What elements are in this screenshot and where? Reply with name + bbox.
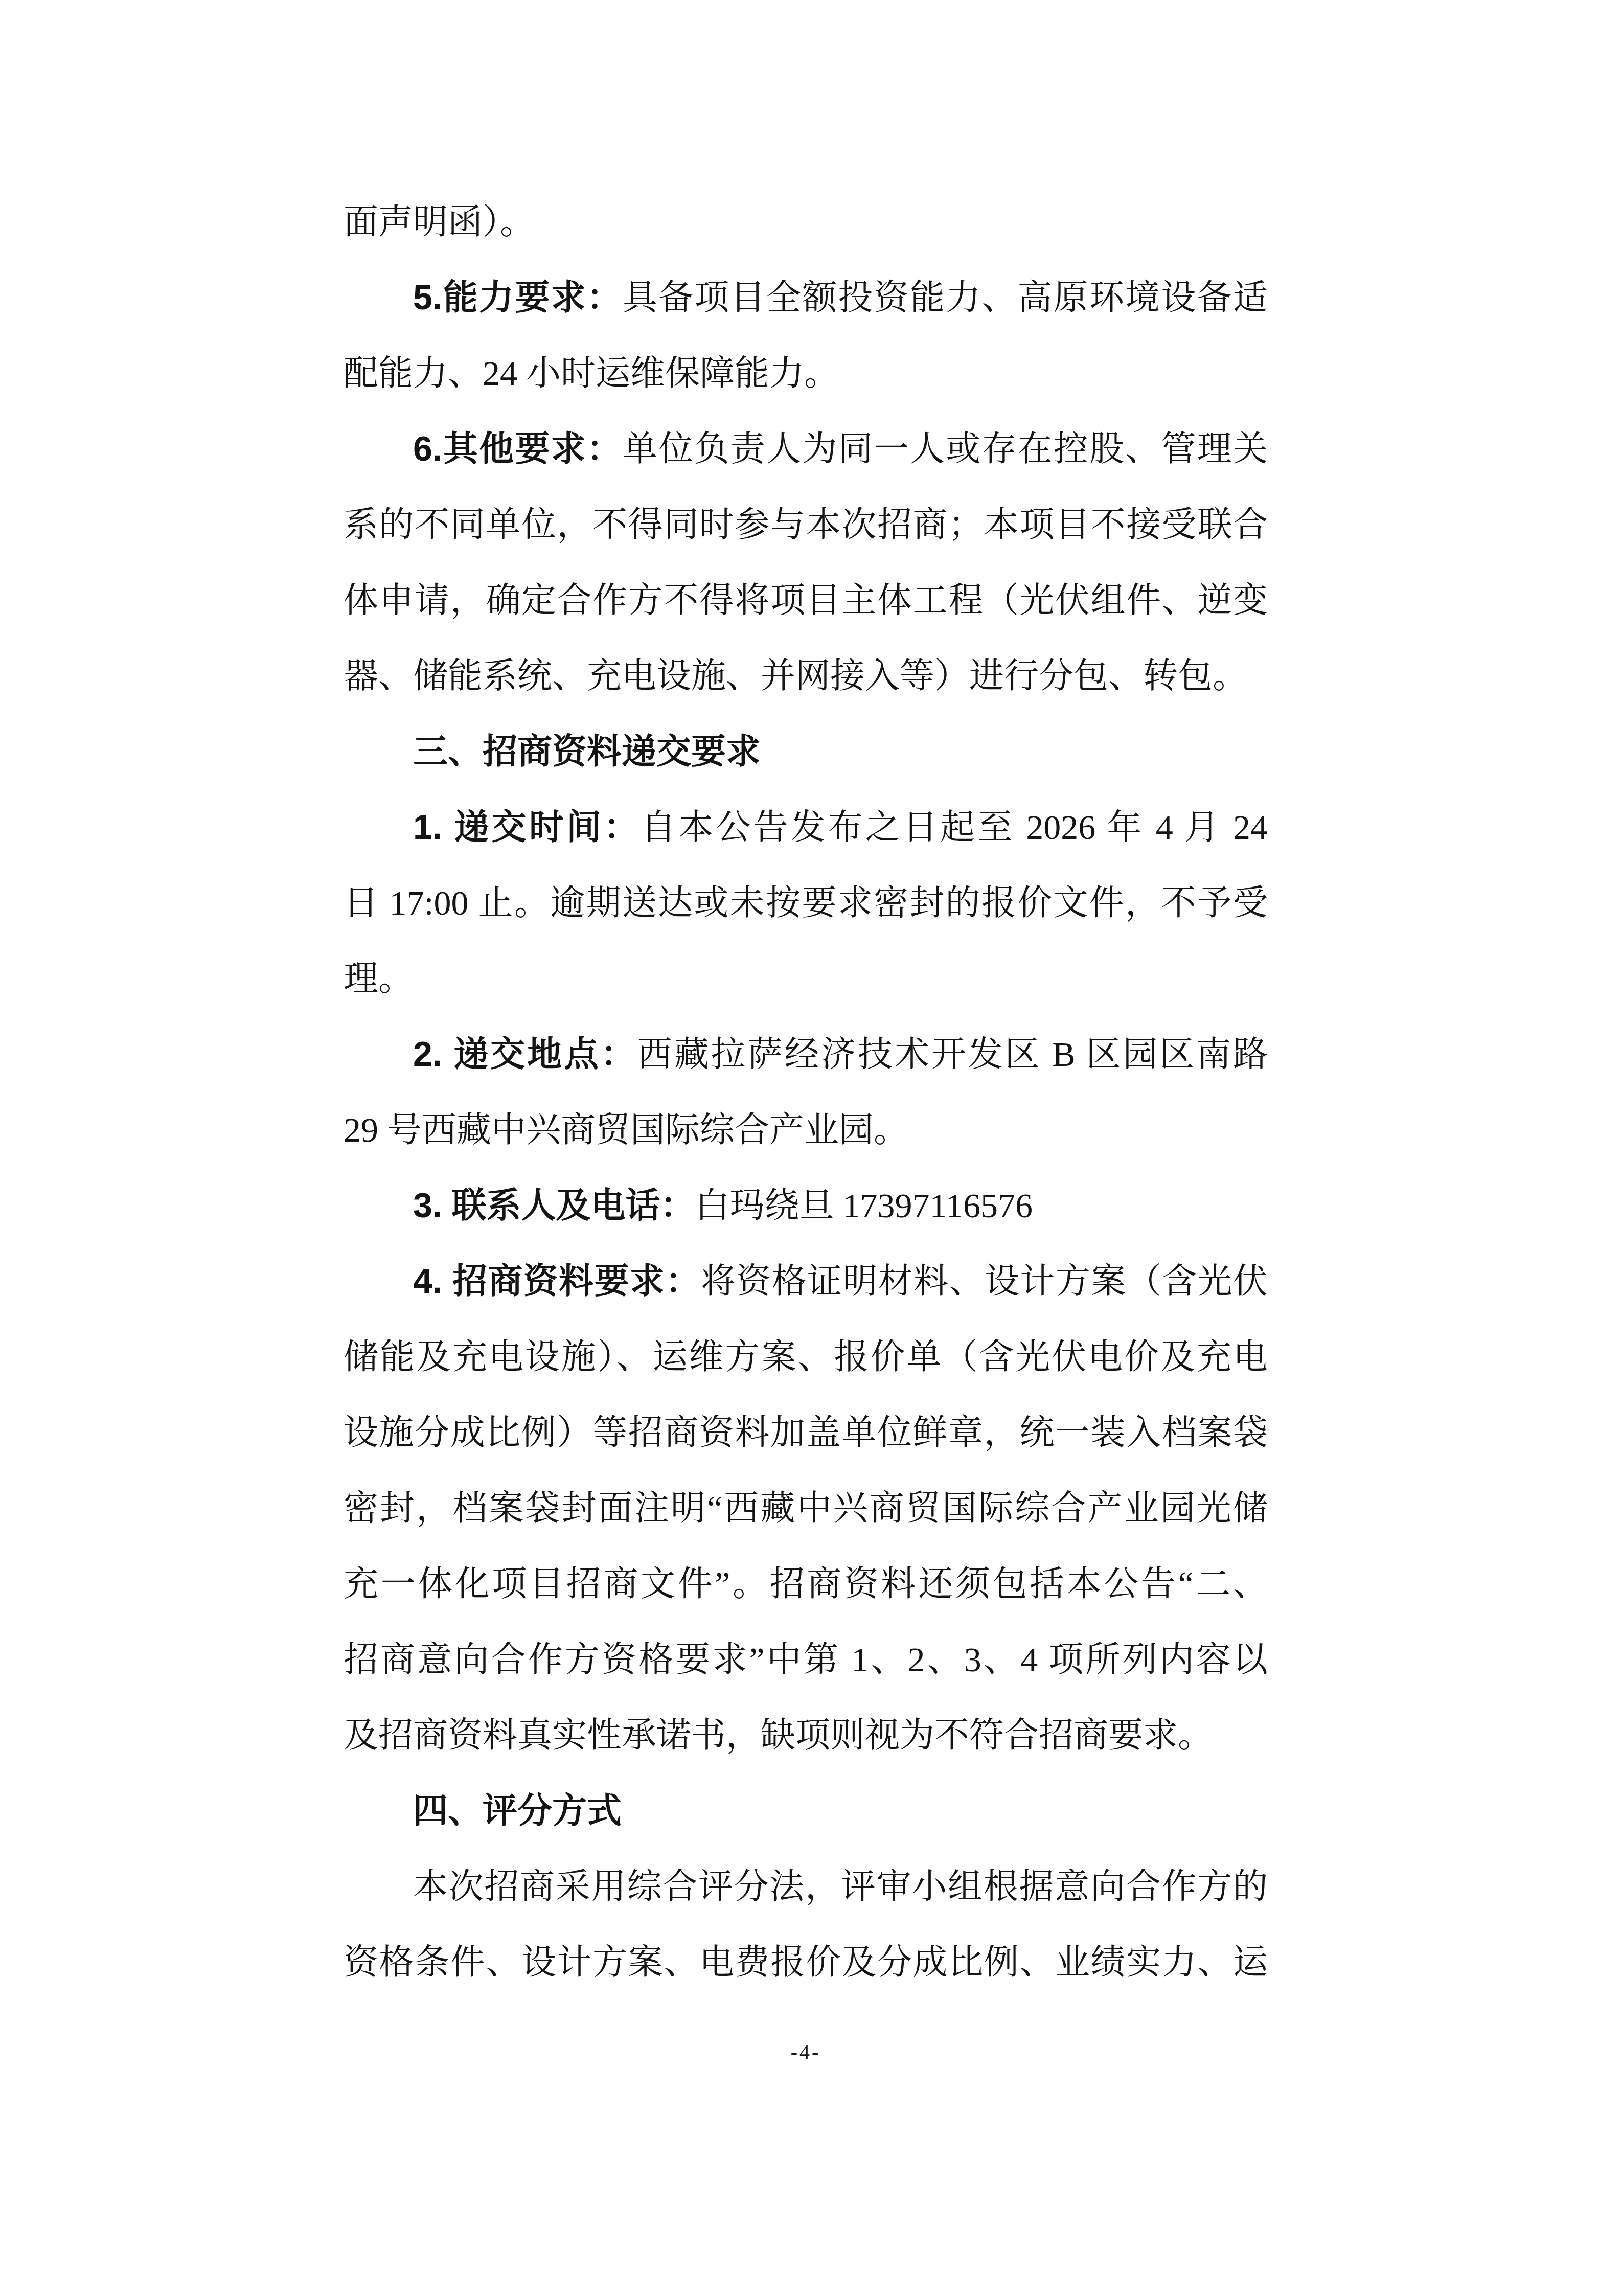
body-text: 充一体化项目招商文件”。招商资料还须包括本公告“二、 [344,1564,1268,1603]
body-text: 招商意向合作方资格要求”中第 1、2、3、4 项所列内容以 [344,1640,1268,1679]
text-line: 密封，档案袋封面注明“西藏中兴商贸国际综合产业园光储 [344,1470,1268,1546]
body-text: 器、储能系统、充电设施、并网接入等）进行分包、转包。 [344,656,1247,695]
document-body: 面声明函）。 5.能力要求：具备项目全额投资能力、高原环境设备适 配能力、24 … [344,184,1268,2000]
item-label: 5.能力要求： [413,278,623,317]
body-text: 西藏拉萨经济技术开发区 B 区园区南路 [637,1035,1268,1074]
text-line: 充一体化项目招商文件”。招商资料还须包括本公告“二、 [344,1546,1268,1622]
text-line: 及招商资料真实性承诺书，缺项则视为不符合招商要求。 [344,1697,1268,1773]
text-line: 储能及充电设施）、运维方案、报价单（含光伏电价及充电 [344,1319,1268,1395]
text-line: 招商意向合作方资格要求”中第 1、2、3、4 项所列内容以 [344,1622,1268,1697]
body-text: 系的不同单位，不得同时参与本次招商；本项目不接受联合 [344,505,1268,544]
section-heading-text: 三、招商资料递交要求 [413,732,761,771]
body-text: 密封，档案袋封面注明“西藏中兴商贸国际综合产业园光储 [344,1489,1268,1528]
text-line: 系的不同单位，不得同时参与本次招商；本项目不接受联合 [344,487,1268,562]
body-text: 单位负责人为同一人或存在控股、管理关 [623,429,1268,468]
text-line: 5.能力要求：具备项目全额投资能力、高原环境设备适 [344,260,1268,335]
text-line: 29 号西藏中兴商贸国际综合产业园。 [344,1092,1268,1168]
body-text: 将资格证明材料、设计方案（含光伏 [701,1262,1268,1301]
body-text: 日 17:00 止。逾期送达或未按要求密封的报价文件，不予受 [344,883,1268,922]
body-text: 具备项目全额投资能力、高原环境设备适 [623,278,1268,317]
section-heading-4: 四、评分方式 [344,1773,1268,1849]
text-line: 配能力、24 小时运维保障能力。 [344,335,1268,411]
text-line: 资格条件、设计方案、电费报价及分成比例、业绩实力、运 [344,1924,1268,2000]
body-text: 29 号西藏中兴商贸国际综合产业园。 [344,1110,908,1149]
body-text: 储能及充电设施）、运维方案、报价单（含光伏电价及充电 [344,1337,1268,1376]
text-line: 理。 [344,941,1268,1016]
text-line: 器、储能系统、充电设施、并网接入等）进行分包、转包。 [344,638,1268,714]
body-text: 白玛绕旦 17397116576 [695,1186,1033,1225]
section-heading-text: 四、评分方式 [413,1791,622,1830]
body-text: 资格条件、设计方案、电费报价及分成比例、业绩实力、运 [344,1943,1268,1982]
body-text: 配能力、24 小时运维保障能力。 [344,354,839,393]
body-text: 本次招商采用综合评分法，评审小组根据意向合作方的 [413,1867,1268,1906]
text-line: 3. 联系人及电话：白玛绕旦 17397116576 [344,1168,1268,1243]
text-line: 面声明函）。 [344,184,1268,260]
item-label: 2. 递交地点： [413,1035,637,1074]
document-page: 面声明函）。 5.能力要求：具备项目全额投资能力、高原环境设备适 配能力、24 … [0,0,1622,2296]
text-line: 设施分成比例）等招商资料加盖单位鲜章，统一装入档案袋 [344,1395,1268,1470]
body-text: 理。 [344,959,413,998]
body-text: 设施分成比例）等招商资料加盖单位鲜章，统一装入档案袋 [344,1413,1268,1452]
text-line: 6.其他要求：单位负责人为同一人或存在控股、管理关 [344,411,1268,487]
text-line: 日 17:00 止。逾期送达或未按要求密封的报价文件，不予受 [344,865,1268,941]
item-label: 3. 联系人及电话： [413,1186,695,1225]
section-heading-3: 三、招商资料递交要求 [344,714,1268,789]
item-label: 6.其他要求： [413,429,623,468]
body-text: 面声明函）。 [344,202,535,241]
body-text: 体申请，确定合作方不得将项目主体工程（光伏组件、逆变 [344,581,1268,620]
text-line: 本次招商采用综合评分法，评审小组根据意向合作方的 [344,1849,1268,1924]
text-line: 体申请，确定合作方不得将项目主体工程（光伏组件、逆变 [344,562,1268,638]
item-label: 1. 递交时间： [413,808,641,847]
text-line: 2. 递交地点：西藏拉萨经济技术开发区 B 区园区南路 [344,1016,1268,1092]
body-text: 自本公告发布之日起至 2026 年 4 月 24 [641,808,1268,847]
page-number: -4- [344,2040,1268,2064]
text-line: 1. 递交时间：自本公告发布之日起至 2026 年 4 月 24 [344,789,1268,865]
body-text: 及招商资料真实性承诺书，缺项则视为不符合招商要求。 [344,1716,1213,1755]
text-line: 4. 招商资料要求：将资格证明材料、设计方案（含光伏 [344,1243,1268,1319]
item-label: 4. 招商资料要求： [413,1262,701,1301]
